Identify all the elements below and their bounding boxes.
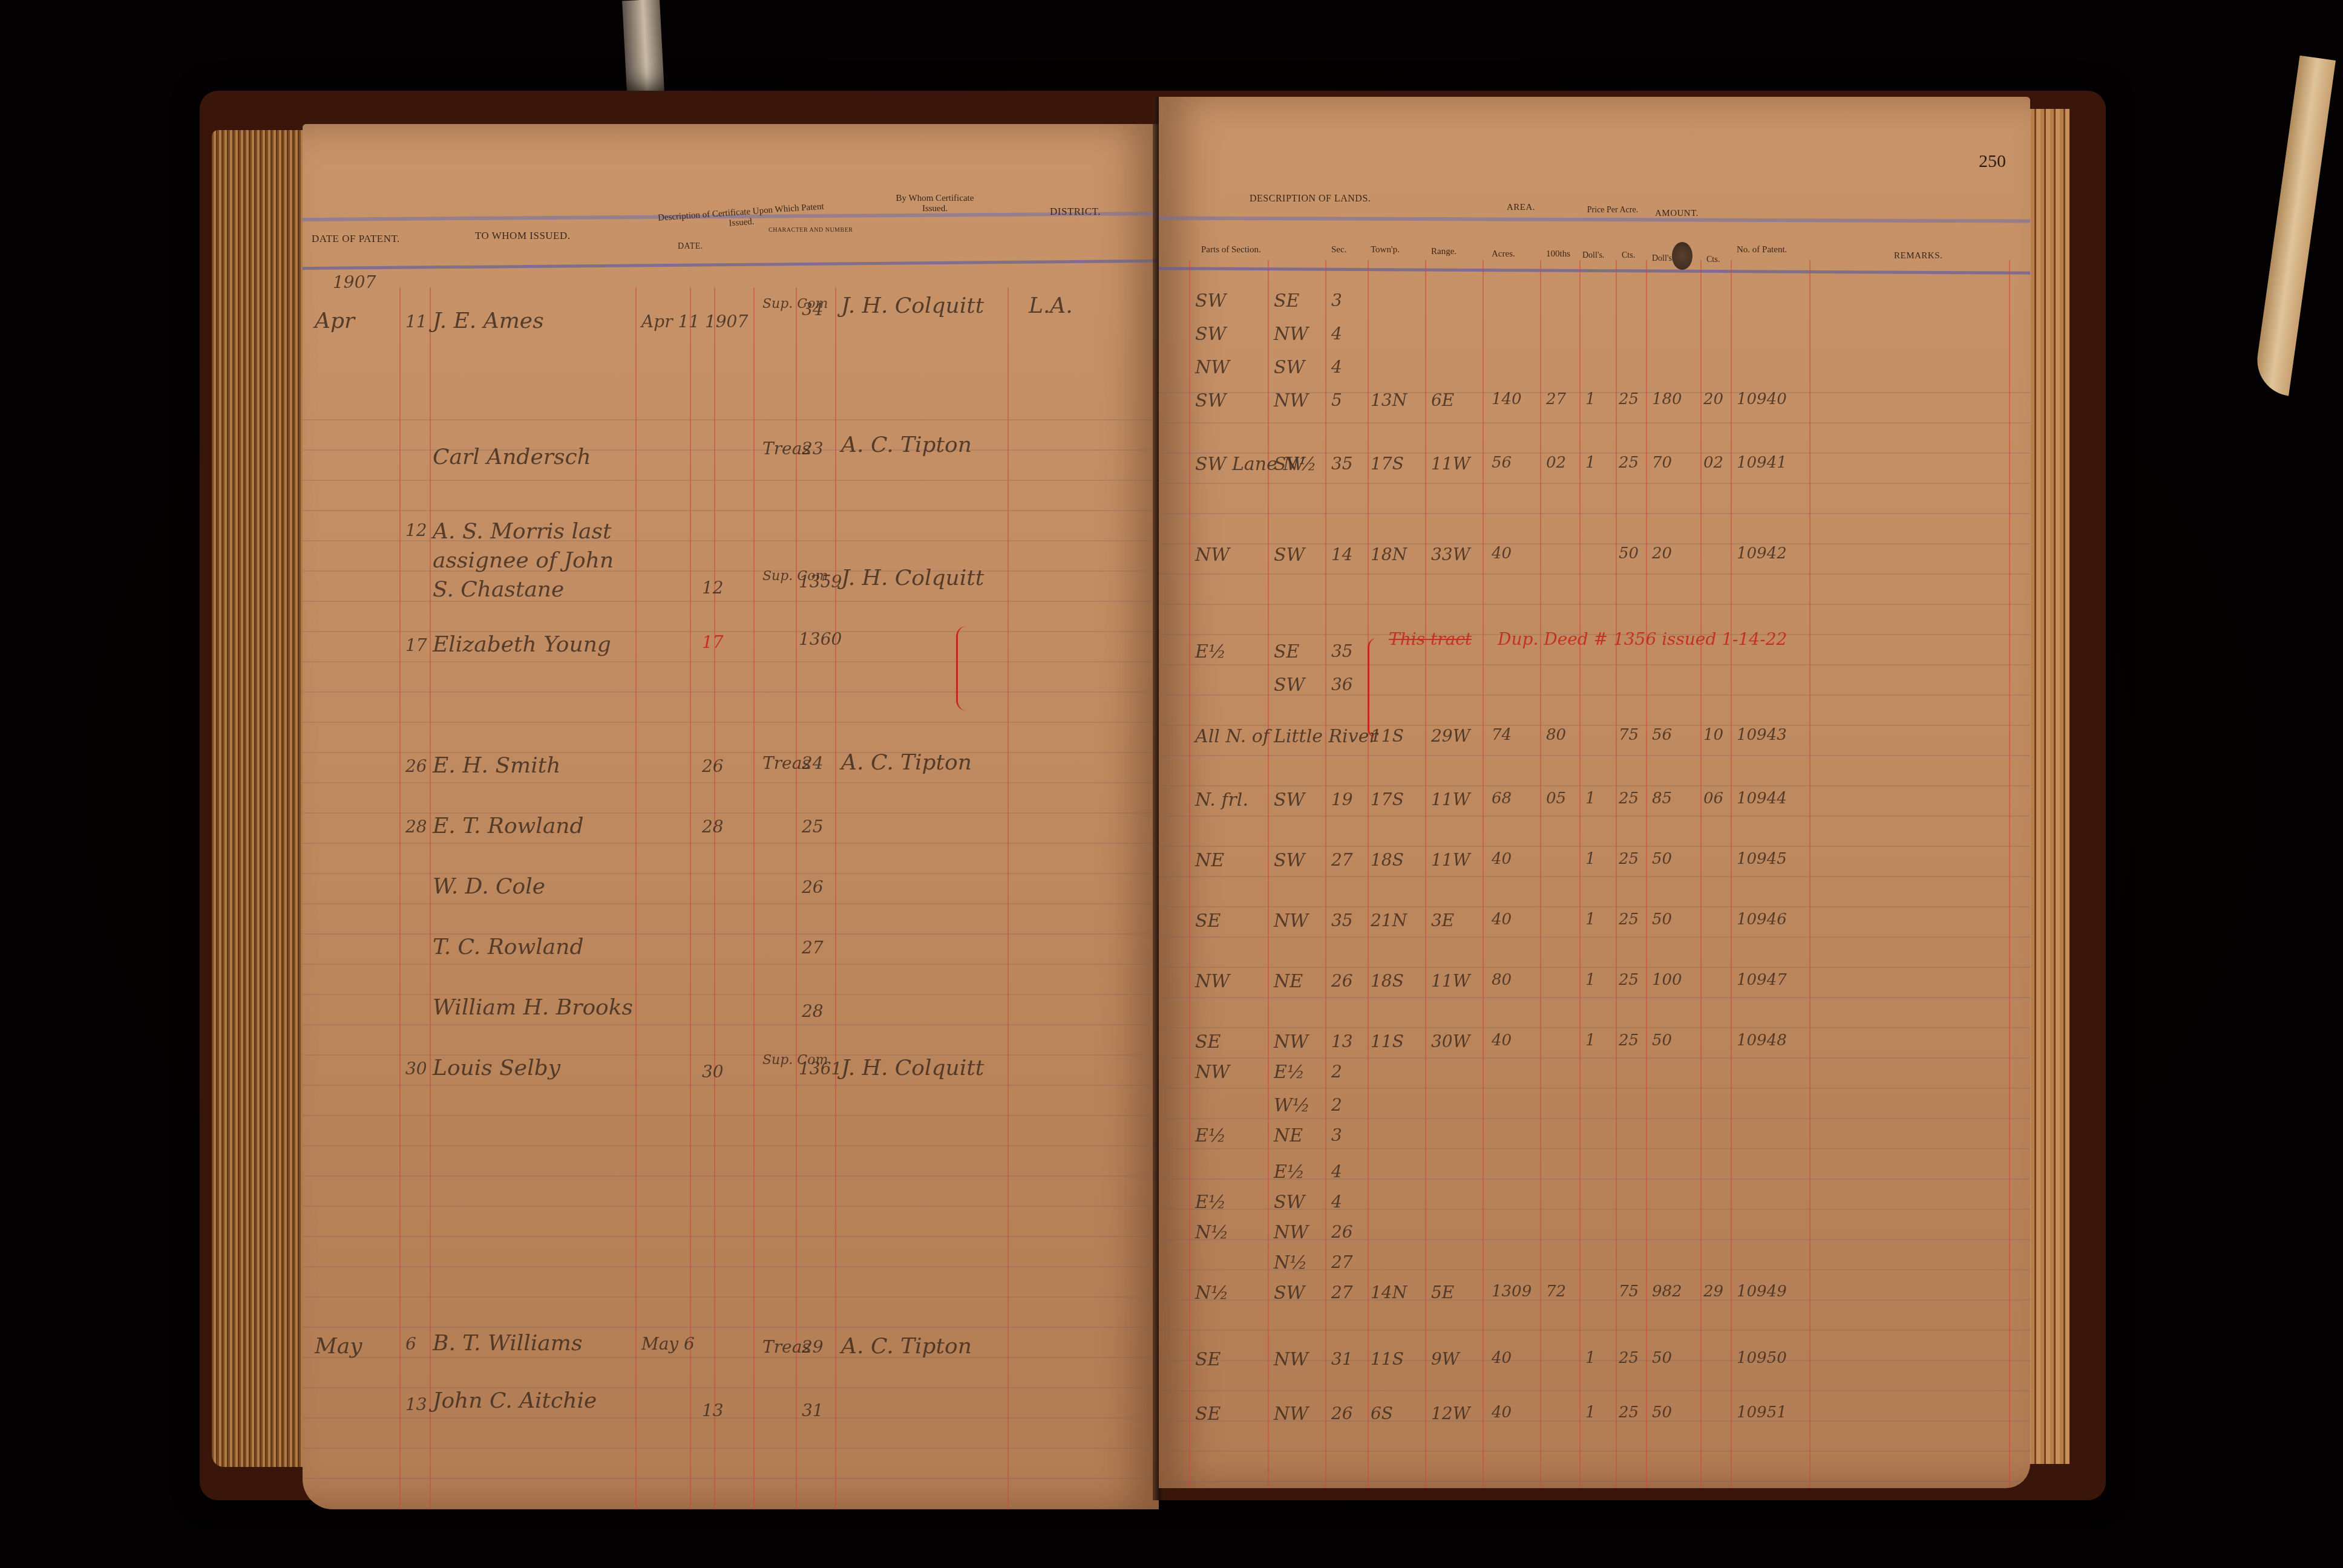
entry-cert-no: 26 — [802, 877, 824, 897]
header-sec: Sec. — [1331, 245, 1346, 255]
land-twp: 6S — [1371, 1403, 1393, 1423]
column-rule — [430, 287, 431, 1509]
header-by-whom: By Whom Certificate Issued. — [883, 194, 986, 214]
entry-cert-date: 12 — [702, 578, 724, 598]
land-pc: 25 — [1619, 390, 1639, 408]
land-quarter: NW — [1274, 390, 1308, 411]
entry-day: 6 — [405, 1334, 416, 1354]
header-acres: Acres. — [1492, 249, 1515, 260]
land-patent: 10951 — [1737, 1403, 1787, 1422]
land-rng: 30W — [1431, 1031, 1470, 1051]
land-quarter: NW — [1274, 324, 1308, 345]
land-pc: 25 — [1619, 789, 1639, 808]
land-quarter: SE — [1274, 641, 1299, 662]
land-quarter: NW — [1274, 1031, 1308, 1053]
land-part: NW — [1195, 357, 1230, 378]
land-acres: 80 — [1492, 971, 1512, 989]
header-hundredths: 100ths — [1546, 249, 1570, 260]
land-quarter: SE — [1274, 290, 1299, 312]
land-rng: 12W — [1431, 1403, 1470, 1423]
land-ad: 100 — [1652, 971, 1682, 989]
land-ad: 50 — [1652, 1403, 1672, 1422]
entry-cert-no: 1359 — [799, 572, 842, 592]
wax-seal-blot — [1672, 242, 1693, 270]
land-part: NW — [1195, 1062, 1230, 1083]
red-bracket — [956, 626, 966, 711]
entry-cert-no: 34 — [802, 299, 824, 319]
header-parts-of-section: Parts of Section. — [1201, 245, 1261, 255]
land-part: All N. of — [1195, 726, 1270, 747]
land-part: NE — [1195, 850, 1224, 871]
entry-day: 28 — [405, 817, 427, 837]
column-rule — [1008, 287, 1009, 1509]
land-part: E½ — [1195, 1125, 1226, 1146]
land-sec: 14 — [1331, 544, 1353, 564]
land-twp: 17S — [1371, 454, 1404, 474]
header-district: DISTRICT. — [1050, 206, 1101, 218]
land-pc: 25 — [1619, 454, 1639, 472]
entry-cert-date: 17 — [702, 632, 724, 652]
land-part: SE — [1195, 1031, 1221, 1053]
header-date-of-patent: DATE OF PATENT. — [312, 233, 400, 245]
land-ad: 50 — [1652, 1349, 1672, 1367]
land-patent: 10949 — [1737, 1282, 1787, 1301]
land-sec: 26 — [1331, 1222, 1353, 1242]
land-patent: 10944 — [1737, 789, 1787, 808]
header-remarks: REMARKS. — [1894, 251, 1942, 261]
header-amount-cts: Cts. — [1706, 255, 1720, 265]
entry-cert-no: 25 — [802, 817, 824, 837]
land-quarter: SW — [1274, 1282, 1305, 1304]
entry-name: Louis Selby — [433, 1056, 560, 1080]
land-pc: 25 — [1619, 910, 1639, 929]
year-mark: 1907 — [333, 272, 376, 292]
land-sec: 31 — [1331, 1349, 1353, 1369]
land-pc: 25 — [1619, 1349, 1639, 1367]
column-rule — [1579, 260, 1581, 1488]
column-rule — [1646, 260, 1647, 1488]
entry-cert-no: 1361 — [799, 1059, 842, 1079]
entry-cert-date: May 6 — [641, 1334, 695, 1354]
entry-month: Apr — [315, 309, 355, 333]
land-sec: 27 — [1331, 1252, 1353, 1272]
land-sec: 2 — [1331, 1062, 1342, 1082]
entry-cert-date: 28 — [702, 817, 724, 837]
land-pd: 1 — [1585, 910, 1596, 929]
column-rule — [753, 287, 755, 1509]
header-area: AREA. — [1507, 203, 1535, 213]
column-rule — [399, 287, 401, 1509]
column-rule — [1325, 260, 1326, 1488]
land-patent: 10946 — [1737, 910, 1787, 929]
land-h: 80 — [1546, 726, 1566, 744]
land-patent: 10950 — [1737, 1349, 1787, 1367]
entry-cert-no: 23 — [802, 439, 824, 459]
entry-name: Elizabeth Young — [433, 632, 611, 657]
land-acres: 40 — [1492, 850, 1512, 868]
land-sec: 35 — [1331, 454, 1353, 474]
land-twp: 18S — [1371, 850, 1404, 870]
header-rule-bottom — [303, 260, 1159, 270]
column-rule — [635, 287, 637, 1509]
land-sec: 4 — [1331, 324, 1342, 344]
land-rng: 11W — [1431, 454, 1470, 474]
column-rule — [714, 287, 715, 1509]
land-sec: 26 — [1331, 1403, 1353, 1423]
land-quarter: NE — [1274, 971, 1303, 992]
entry-day: 17 — [405, 635, 427, 655]
land-pc: 75 — [1619, 726, 1639, 744]
land-sec: 27 — [1331, 1282, 1353, 1302]
column-rule — [1809, 260, 1810, 1488]
land-pd: 1 — [1585, 390, 1596, 408]
land-ac: 02 — [1703, 454, 1723, 472]
entry-day: 12 — [405, 520, 427, 540]
column-rule — [835, 287, 836, 1509]
struck-remark: This tract — [1389, 629, 1472, 649]
entry-by-whom: A. C. Tipton — [841, 433, 972, 457]
entry-day: 11 — [405, 312, 427, 332]
red-bracket — [1368, 638, 1377, 738]
land-ad: 180 — [1652, 390, 1682, 408]
land-acres: 40 — [1492, 1403, 1512, 1422]
land-acres: 40 — [1492, 1031, 1512, 1050]
land-quarter: N½ — [1274, 1252, 1307, 1273]
header-township: Town'p. — [1371, 245, 1400, 255]
header-rule-top — [1159, 216, 2030, 223]
land-rng: 33W — [1431, 544, 1470, 564]
land-acres: 40 — [1492, 544, 1512, 563]
land-quarter: SW — [1274, 789, 1305, 811]
land-twp: 18N — [1371, 544, 1407, 564]
land-h: 72 — [1546, 1282, 1566, 1301]
land-sec: 35 — [1331, 641, 1353, 661]
page-edges-left — [212, 130, 309, 1467]
header-price-per-acre: Price Per Acre. — [1582, 206, 1643, 215]
entry-by-whom: J. H. Colquitt — [841, 1056, 984, 1080]
land-part: SE — [1195, 1403, 1221, 1425]
land-pd: 1 — [1585, 789, 1596, 808]
land-rng: 9W — [1431, 1349, 1460, 1369]
entry-name: E. H. Smith — [433, 753, 560, 778]
entry-month: May — [315, 1334, 362, 1359]
entry-cert-date: 30 — [702, 1062, 724, 1082]
land-quarter: SW — [1274, 1192, 1305, 1213]
land-pc: 25 — [1619, 1403, 1639, 1422]
land-pd: 1 — [1585, 971, 1596, 989]
land-pd: 1 — [1585, 1031, 1596, 1050]
land-part: SW — [1195, 390, 1226, 411]
column-rule — [690, 287, 691, 1509]
entry-day: 26 — [405, 756, 427, 776]
land-sec: 3 — [1331, 1125, 1342, 1145]
header-character-number: CHARACTER AND NUMBER — [768, 227, 853, 234]
right-page: 250 DESCRIPTION OF LANDS. Parts of Secti… — [1159, 97, 2030, 1488]
land-ad: 50 — [1652, 910, 1672, 929]
header-amount: AMOUNT. — [1655, 209, 1699, 219]
entry-name: John C. Aitchie — [433, 1388, 597, 1413]
land-ad: 50 — [1652, 1031, 1672, 1050]
land-sec: 36 — [1331, 675, 1353, 694]
land-pc: 50 — [1619, 544, 1639, 563]
land-quarter: NE — [1274, 1125, 1303, 1146]
header-description-of-lands: DESCRIPTION OF LANDS. — [1250, 194, 1371, 204]
land-ad: 85 — [1652, 789, 1672, 808]
header-amount-dolls: Doll's. — [1652, 254, 1674, 264]
entry-cert-no: 31 — [802, 1400, 824, 1420]
column-rule — [2009, 260, 2010, 1488]
land-rng: 6E — [1431, 390, 1454, 410]
column-rule — [1731, 260, 1732, 1488]
header-rule-bottom — [1159, 267, 2030, 275]
land-twp: 11S — [1371, 1031, 1404, 1051]
land-pc: 25 — [1619, 971, 1639, 989]
land-part: SE — [1195, 910, 1221, 932]
land-rng: 29W — [1431, 726, 1470, 746]
entry-name: A. S. Morris last assignee of John S. Ch… — [433, 517, 638, 604]
entry-name: Carl Andersch — [433, 445, 591, 469]
land-quarter: E½ — [1274, 1062, 1305, 1083]
ruled-lines — [303, 390, 1159, 1509]
land-part: SW — [1195, 324, 1226, 345]
land-twp: 14N — [1371, 1282, 1407, 1302]
entry-name: J. E. Ames — [433, 309, 544, 333]
land-ac: 20 — [1703, 390, 1723, 408]
land-pc: 25 — [1619, 1031, 1639, 1050]
land-quarter: E½ — [1274, 1161, 1305, 1183]
land-sec: 2 — [1331, 1095, 1342, 1115]
land-part: N. frl. — [1195, 789, 1248, 811]
land-part: E½ — [1195, 641, 1226, 662]
land-h: 05 — [1546, 789, 1566, 808]
land-quarter: NW — [1274, 1349, 1308, 1370]
entry-cert-no: 27 — [802, 938, 824, 958]
land-patent: 10940 — [1737, 390, 1787, 408]
land-sec: 35 — [1331, 910, 1353, 930]
land-pd: 1 — [1585, 850, 1596, 868]
column-rule — [1616, 260, 1617, 1488]
land-rng: 11W — [1431, 971, 1470, 991]
land-ac: 06 — [1703, 789, 1723, 808]
land-sec: 3 — [1331, 290, 1342, 310]
land-sec: 27 — [1331, 850, 1353, 870]
entry-by-whom: J. H. Colquitt — [841, 566, 984, 590]
header-no-of-patent: No. of Patent. — [1737, 245, 1787, 255]
land-quarter: SW — [1274, 675, 1305, 696]
land-rng: 5E — [1431, 1282, 1454, 1302]
entry-day: 13 — [405, 1394, 427, 1414]
land-quarter: SW — [1274, 454, 1305, 475]
land-pd: 1 — [1585, 1403, 1596, 1422]
land-patent: 10947 — [1737, 971, 1787, 989]
entry-cert-date: 13 — [702, 1400, 724, 1420]
land-ac: 10 — [1703, 726, 1723, 744]
land-acres: 68 — [1492, 789, 1512, 808]
column-rule — [796, 287, 797, 1509]
land-quarter: NW — [1274, 1222, 1308, 1243]
land-pd: 1 — [1585, 454, 1596, 472]
entry-name: T. C. Rowland — [433, 935, 584, 959]
land-acres: 1309 — [1492, 1282, 1532, 1301]
header-to-whom-issued: TO WHOM ISSUED. — [475, 230, 571, 242]
entry-by-whom: J. H. Colquitt — [841, 293, 984, 318]
entry-cert-no: 28 — [802, 1001, 824, 1021]
page-number: 250 — [1979, 151, 2006, 172]
land-ac: 29 — [1703, 1282, 1723, 1301]
header-cert-date: DATE. — [678, 242, 703, 252]
entry-cert-no: 29 — [802, 1337, 824, 1357]
land-part: NW — [1195, 971, 1230, 992]
land-patent: 10942 — [1737, 544, 1787, 563]
land-quarter: NW — [1274, 910, 1308, 932]
column-rule — [1540, 260, 1541, 1488]
land-sec: 26 — [1331, 971, 1353, 991]
column-rule — [1483, 260, 1484, 1488]
land-quarter: SW — [1274, 850, 1305, 871]
land-acres: 40 — [1492, 1349, 1512, 1367]
entry-cert-date: Apr 11 1907 — [641, 312, 748, 332]
header-price-dolls: Doll's. — [1582, 251, 1604, 261]
land-twp: 11S — [1371, 1349, 1404, 1369]
land-rng: 11W — [1431, 850, 1470, 870]
land-sec: 4 — [1331, 1161, 1342, 1181]
entry-by-whom: A. C. Tipton — [841, 1334, 972, 1359]
land-part: SW — [1195, 290, 1226, 312]
column-rule — [1368, 260, 1369, 1488]
entry-district: L.A. — [1029, 293, 1073, 318]
land-patent: 10945 — [1737, 850, 1787, 868]
land-patent: 10948 — [1737, 1031, 1787, 1050]
land-part: SE — [1195, 1349, 1221, 1370]
land-acres: 140 — [1492, 390, 1522, 408]
entry-cert-date: 26 — [702, 756, 724, 776]
land-quarter: SW — [1274, 544, 1305, 566]
land-part: N½ — [1195, 1222, 1228, 1243]
land-sec: 4 — [1331, 1192, 1342, 1212]
entry-name: W. D. Cole — [433, 874, 545, 899]
red-remark-duplicate-deed: Dup. Deed # 1356 issued 1-14-22 — [1498, 629, 1787, 649]
land-acres: 74 — [1492, 726, 1512, 744]
entry-name: E. T. Rowland — [433, 814, 584, 838]
left-page: DATE OF PATENT. TO WHOM ISSUED. Descript… — [303, 124, 1159, 1509]
land-sec: 5 — [1331, 390, 1342, 410]
land-twp: 17S — [1371, 789, 1404, 809]
land-h: 27 — [1546, 390, 1566, 408]
header-price-cts: Cts. — [1622, 251, 1635, 261]
land-acres: 40 — [1492, 910, 1512, 929]
entry-name: William H. Brooks — [433, 995, 633, 1020]
land-twp: 13N — [1371, 390, 1407, 410]
column-rule — [1268, 260, 1269, 1488]
land-sec: 4 — [1331, 357, 1342, 377]
land-rng: 3E — [1431, 910, 1454, 930]
land-quarter: Little River — [1274, 726, 1378, 747]
entry-by-whom: A. C. Tipton — [841, 750, 972, 775]
land-ad: 982 — [1652, 1282, 1682, 1301]
land-twp: 18S — [1371, 971, 1404, 991]
land-part: N½ — [1195, 1282, 1228, 1304]
entry-cert-no: 1360 — [799, 629, 842, 649]
land-sec: 19 — [1331, 789, 1353, 809]
land-patent: 10941 — [1737, 454, 1787, 472]
land-pd: 1 — [1585, 1349, 1596, 1367]
land-part: E½ — [1195, 1192, 1226, 1213]
land-ad: 50 — [1652, 850, 1672, 868]
land-h: 02 — [1546, 454, 1566, 472]
land-pc: 25 — [1619, 850, 1639, 868]
land-acres: 56 — [1492, 454, 1512, 472]
column-rule — [1189, 260, 1190, 1488]
land-ad: 20 — [1652, 544, 1672, 563]
land-quarter: NW — [1274, 1403, 1308, 1425]
land-quarter: W½ — [1274, 1095, 1310, 1116]
column-rule — [1700, 260, 1702, 1488]
entry-name: B. T. Williams — [433, 1331, 582, 1356]
land-twp: 21N — [1371, 910, 1407, 930]
land-patent: 10943 — [1737, 726, 1787, 744]
land-sec: 13 — [1331, 1031, 1353, 1051]
header-range: Range. — [1431, 247, 1457, 257]
land-pc: 75 — [1619, 1282, 1639, 1301]
entry-cert-no: 24 — [802, 753, 824, 773]
land-part: NW — [1195, 544, 1230, 566]
entry-day: 30 — [405, 1059, 427, 1079]
land-ad: 56 — [1652, 726, 1672, 744]
column-rule — [1425, 260, 1426, 1488]
land-quarter: SW — [1274, 357, 1305, 378]
land-rng: 11W — [1431, 789, 1470, 809]
land-ad: 70 — [1652, 454, 1672, 472]
